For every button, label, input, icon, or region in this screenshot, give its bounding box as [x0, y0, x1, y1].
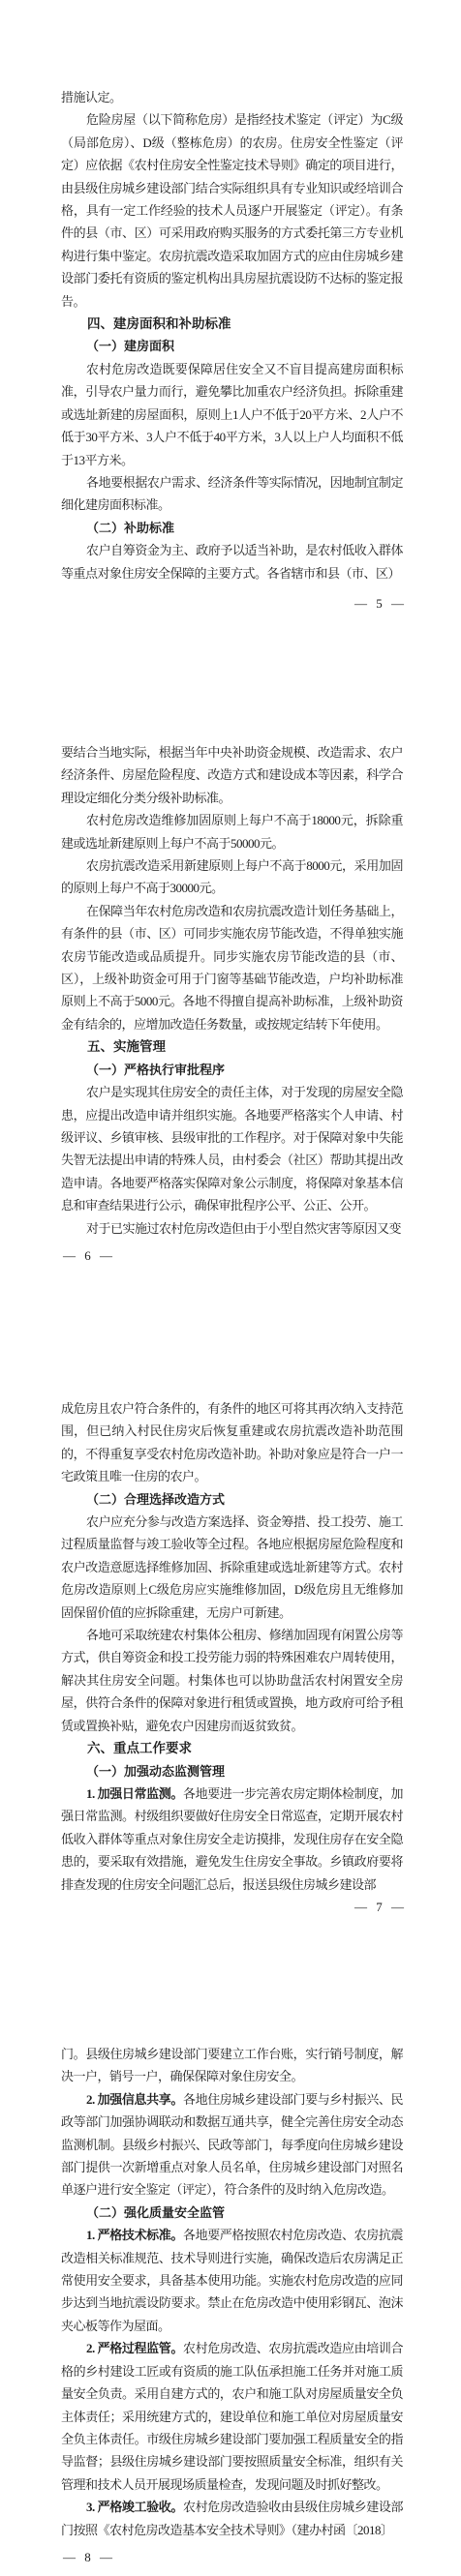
- paragraph: 各地可采取统建农村集体公租房、修缮加固现有闲置公房等方式，供自筹资金和投工投劳能…: [61, 1624, 403, 1737]
- paragraph: 农户是实现其住房安全的责任主体，对于发现的房屋安全隐患，应提出改造申请并组织实施…: [61, 1081, 403, 1216]
- paragraph: 成危房且农户符合条件的，有条件的地区可将其再次纳入支持范围，但已纳入村民住房灾后…: [61, 1397, 403, 1488]
- paragraph: 要结合当地实际，根据当年中央补助资金规模、改造需求、农户经济条件、房屋危险程度、…: [61, 741, 403, 809]
- sub-heading: （二）补助标准: [61, 517, 403, 539]
- paragraph: 3. 严格竣工验收。农村危房改造验收由县级住房城乡建设部门按照《农村危房改造基本…: [61, 2496, 403, 2541]
- section-heading: 五、实施管理: [61, 1035, 403, 1058]
- paragraph-lead: 2. 严格过程监管。: [86, 2341, 183, 2355]
- paragraph: 农村危房改造既要保障居住安全又不盲目提高建房面积标准，引导农户量力而行，避免攀比…: [61, 358, 403, 471]
- sub-heading: （二）合理选择改造方式: [61, 1488, 403, 1511]
- page-7-text: 成危房且农户符合条件的，有条件的地区可将其再次纳入支持范围，但已纳入村民住房灾后…: [61, 1397, 403, 1896]
- paragraph-text: 各地要进一步完善农房定期体检制度，加强日常监测。村级组织要做好住房安全日常巡查，…: [61, 1786, 403, 1892]
- sub-heading: （二）强化质量安全监管: [61, 2202, 403, 2224]
- sub-heading: （一）严格执行审批程序: [61, 1059, 403, 1081]
- paragraph-lead: 2. 加强信息共享。: [86, 2092, 183, 2107]
- paragraph-text: 各地住房城乡建设部门要与乡村振兴、民政等部门加强协调联动和数据互通共享，健全完善…: [61, 2092, 403, 2198]
- paragraph: 措施认定。: [61, 86, 403, 108]
- paragraph: 危险房屋（以下简称危房）是指经技术鉴定（评定）为C级（局部危房）、D级（整栋危房…: [61, 108, 403, 313]
- paragraph: 农户自筹资金为主、政府予以适当补助，是农村低收入群体等重点对象住房安全保障的主要…: [61, 539, 403, 584]
- paragraph: 1. 严格技术标准。各地要严格按照农村危房改造、农房抗震改造相关标准规范、技术导…: [61, 2224, 403, 2337]
- document-canvas: { "colors": { "background": "#ffffff", "…: [0, 0, 461, 2576]
- paragraph: 农房抗震改造采用新建原则上每户不高于8000元，采用加固的原则上每户不高于300…: [61, 854, 403, 900]
- sub-heading: （一）加强动态监测管理: [61, 1760, 403, 1782]
- paragraph: 门。县级住房城乡建设部门要建立工作台账，实行销号制度，解决一户，销号一户，确保保…: [61, 2043, 403, 2088]
- section-heading: 四、建房面积和补助标准: [61, 313, 403, 335]
- paragraph: 2. 严格过程监管。农村危房改造、农房抗震改造应由培训合格的乡村建设工匠或有资质…: [61, 2337, 403, 2496]
- page-8-text: 门。县级住房城乡建设部门要建立工作台账，实行销号制度，解决一户，销号一户，确保保…: [61, 2043, 403, 2541]
- paragraph-lead: 1. 严格技术标准。: [86, 2228, 183, 2242]
- page-number: — 6 —: [63, 1244, 115, 1267]
- paragraph: 2. 加强信息共享。各地住房城乡建设部门要与乡村振兴、民政等部门加强协调联动和数…: [61, 2088, 403, 2202]
- page-5-text: 措施认定。 危险房屋（以下简称危房）是指经技术鉴定（评定）为C级（局部危房）、D…: [61, 86, 403, 584]
- paragraph-text: 农村危房改造、农房抗震改造应由培训合格的乡村建设工匠或有资质的施工队伍承担施工任…: [61, 2341, 403, 2491]
- sub-heading: （一）建房面积: [61, 335, 403, 357]
- paragraph-text: 各地要严格按照农村危房改造、农房抗震改造相关标准规范、技术导则进行实施，确保改造…: [61, 2228, 403, 2333]
- page-6-text: 要结合当地实际，根据当年中央补助资金规模、改造需求、农户经济条件、房屋危险程度、…: [61, 741, 403, 1240]
- paragraph-lead: 3. 严格竣工验收。: [86, 2500, 183, 2514]
- paragraph: 农户应充分参与改造方案选择、资金筹措、投工投劳、施工过程质量监督与竣工验收等全过…: [61, 1511, 403, 1624]
- paragraph: 农村危房改造维修加固原则上每户不高于18000元，拆除重建或选址新建原则上每户不…: [61, 809, 403, 854]
- page-number: — 8 —: [63, 2546, 115, 2568]
- section-heading: 六、重点工作要求: [61, 1737, 403, 1759]
- paragraph: 各地要根据农户需求、经济条件等实际情况，因地制宜制定细化建房面积标准。: [61, 471, 403, 517]
- page-number: — 7 —: [354, 1896, 407, 1918]
- paragraph: 1. 加强日常监测。各地要进一步完善农房定期体检制度，加强日常监测。村级组织要做…: [61, 1782, 403, 1896]
- page-number: — 5 —: [354, 592, 407, 614]
- paragraph-lead: 1. 加强日常监测。: [86, 1786, 183, 1801]
- paragraph: 在保障当年农村危房改造和农房抗震改造计划任务基础上，有条件的县（市、区）可同步实…: [61, 900, 403, 1035]
- paragraph: 对于已实施过农村危房改造但由于小型自然灾害等原因又变: [61, 1217, 403, 1240]
